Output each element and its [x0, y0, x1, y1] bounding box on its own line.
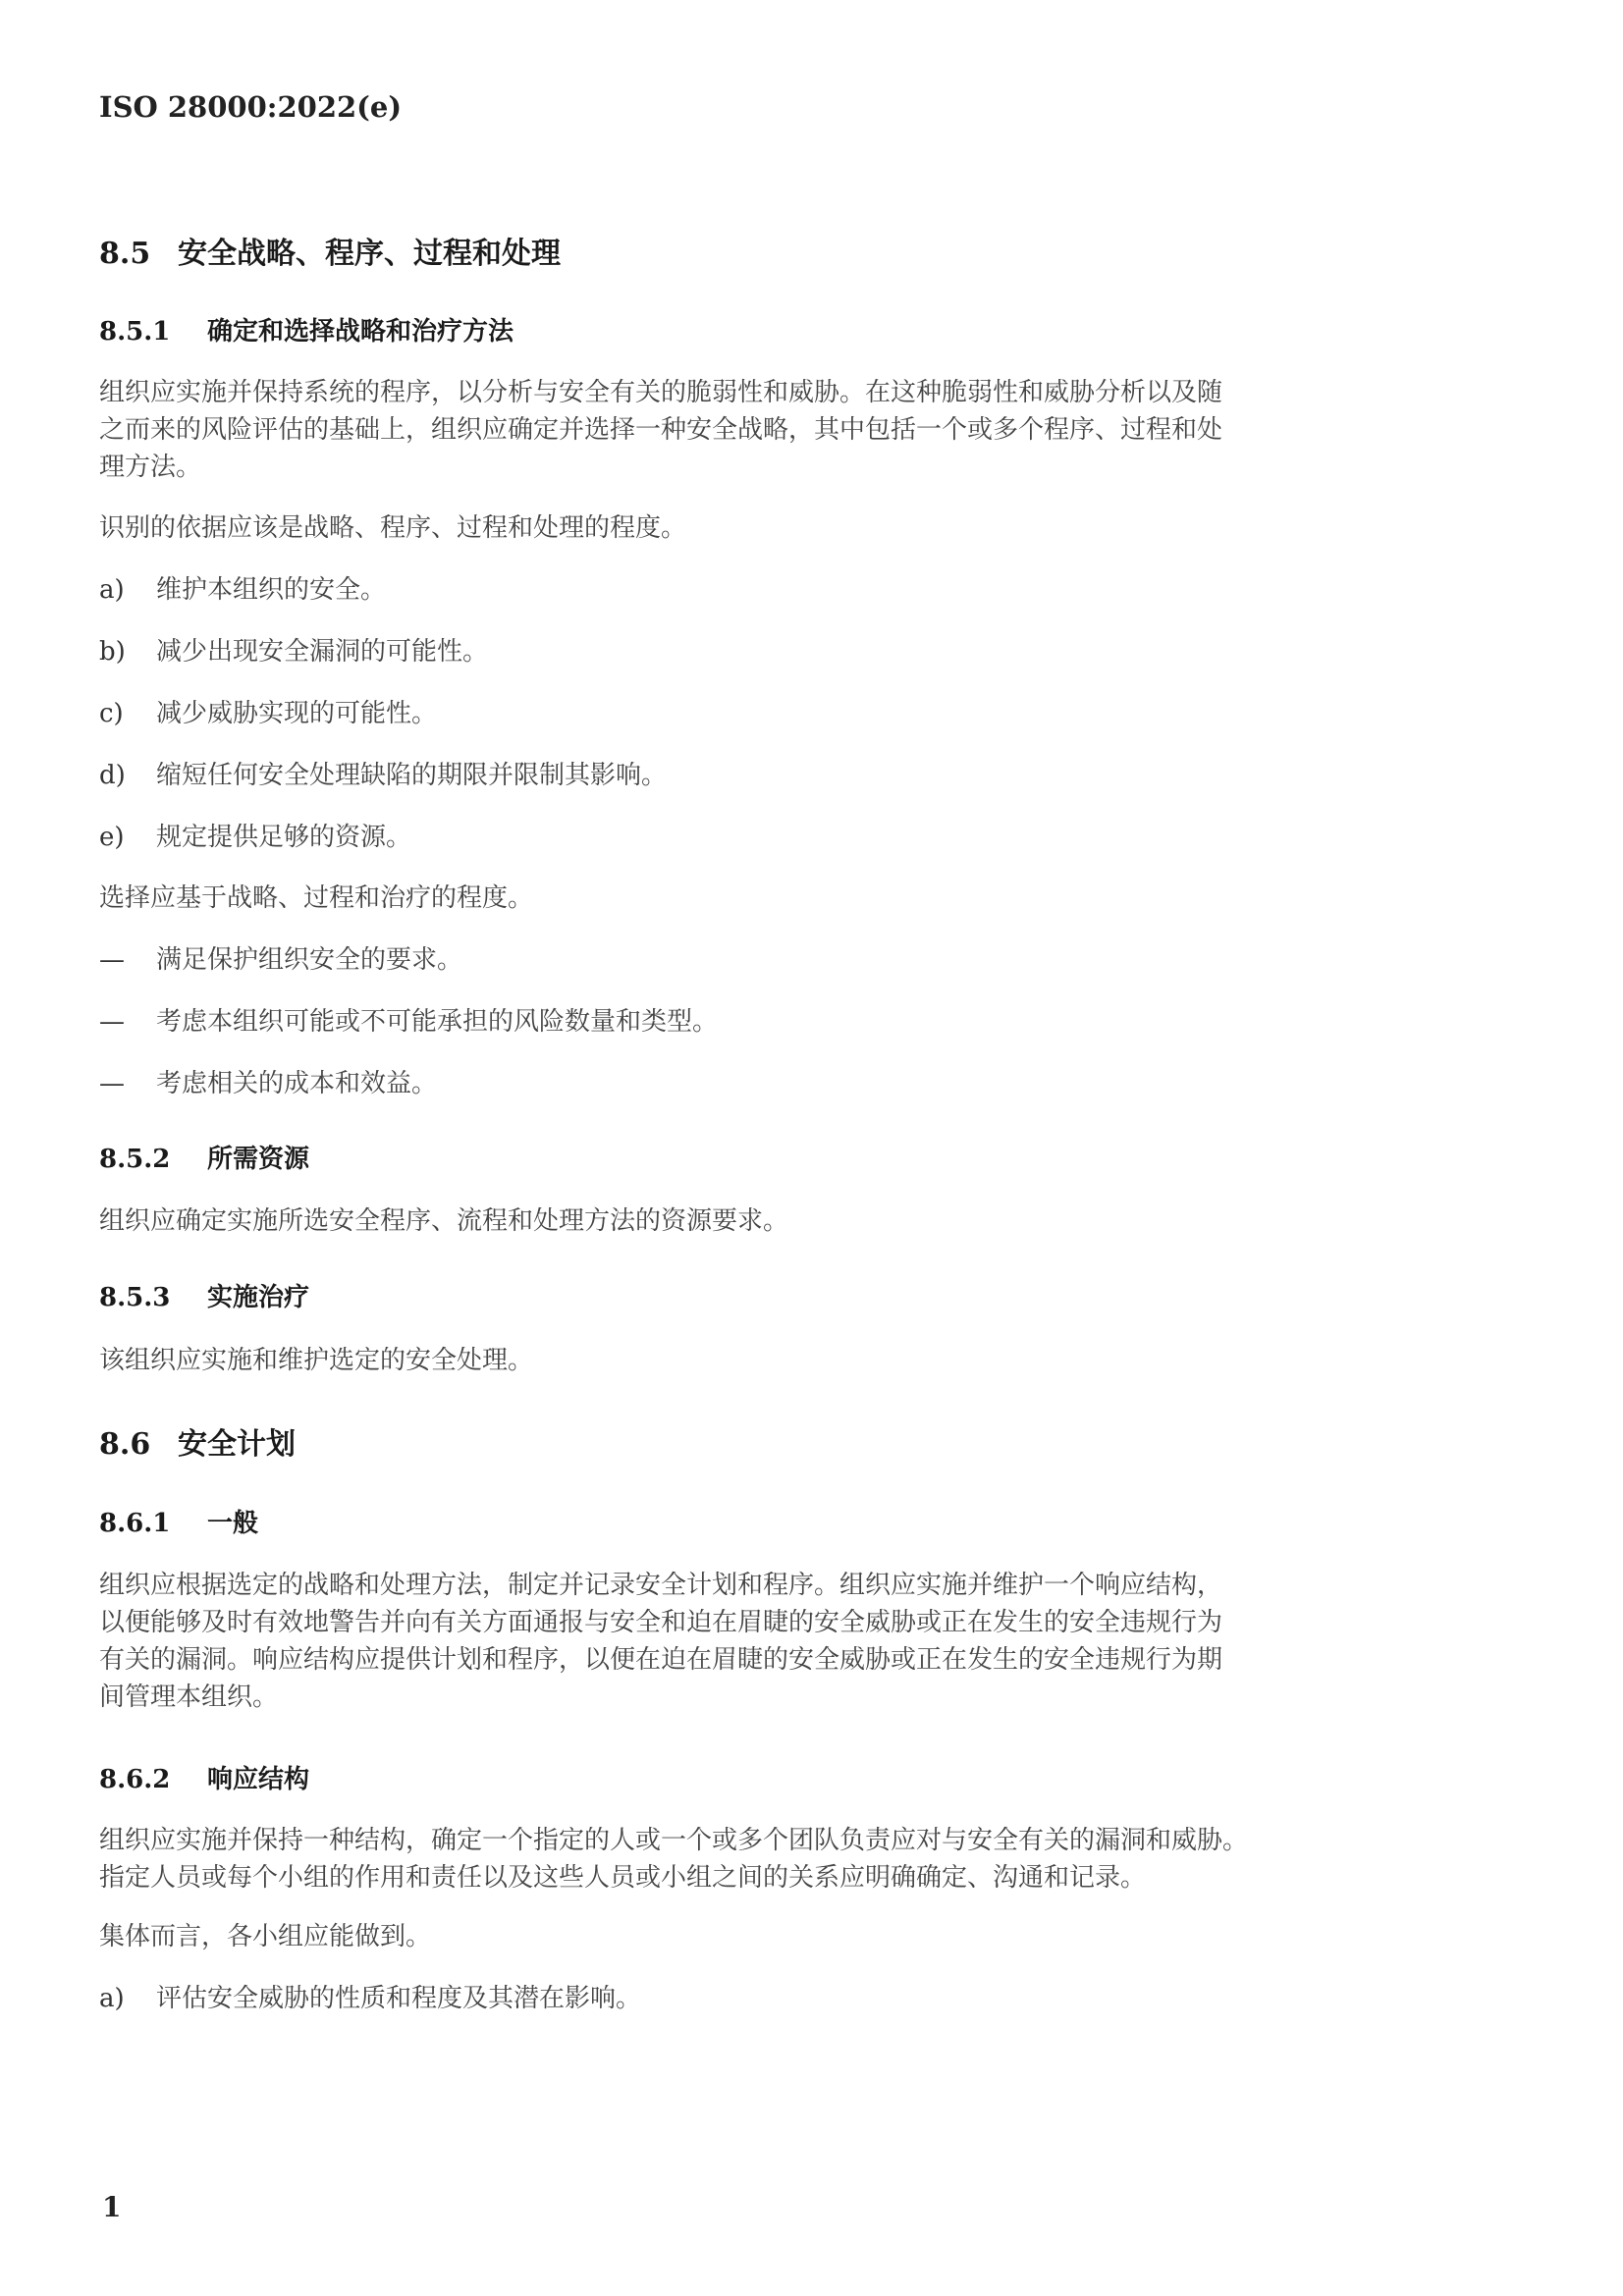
paragraph: 该组织应实施和维护选定的安全处理。	[99, 1342, 1474, 1379]
list-item: e)规定提供足够的资源。	[99, 819, 1474, 856]
document-page: ISO 28000:2022(e) 8.5安全战略、程序、过程和处理 8.5.1…	[0, 0, 1623, 2296]
page-number: 1	[102, 2191, 121, 2223]
list-text: 规定提供足够的资源。	[156, 823, 411, 852]
list-text: 减少出现安全漏洞的可能性。	[156, 637, 488, 667]
list-text: 减少威胁实现的可能性。	[156, 699, 437, 728]
section-number: 8.5.2	[99, 1145, 207, 1174]
list-marker: d)	[99, 757, 156, 794]
paragraph-line: 间管理本组织。	[99, 1679, 1474, 1716]
list-text: 维护本组织的安全。	[156, 575, 386, 605]
paragraph: 组织应确定实施所选安全程序、流程和处理方法的资源要求。	[99, 1202, 1474, 1240]
paragraph-line: 之而来的风险评估的基础上，组织应确定并选择一种安全战略，其中包括一个或多个程序、…	[99, 411, 1474, 449]
section-heading-8-5-1: 8.5.1确定和选择战略和治疗方法	[99, 311, 514, 347]
paragraph-line: 有关的漏洞。响应结构应提供计划和程序，以便在迫在眉睫的安全威胁或正在发生的安全违…	[99, 1641, 1474, 1679]
section-number: 8.6	[99, 1427, 178, 1462]
paragraph-line: 组织应实施并保持系统的程序，以分析与安全有关的脆弱性和威胁。在这种脆弱性和威胁分…	[99, 374, 1474, 411]
list-item: b)减少出现安全漏洞的可能性。	[99, 633, 1474, 670]
paragraph: 组织应实施并保持一种结构，确定一个指定的人或一个或多个团队负责应对与安全有关的漏…	[99, 1822, 1474, 1896]
list-text: 满足保护组织安全的要求。	[156, 945, 462, 975]
list-item: d)缩短任何安全处理缺陷的期限并限制其影响。	[99, 757, 1474, 794]
list-marker: a)	[99, 571, 156, 609]
paragraph-line: 理方法。	[99, 449, 1474, 486]
list-marker: c)	[99, 695, 156, 732]
section-heading-8-5-3: 8.5.3实施治疗	[99, 1277, 309, 1313]
section-number: 8.5	[99, 237, 178, 271]
section-title: 所需资源	[207, 1145, 309, 1174]
section-title: 确定和选择战略和治疗方法	[207, 317, 514, 347]
paragraph-line: 组织应实施并保持一种结构，确定一个指定的人或一个或多个团队负责应对与安全有关的漏…	[99, 1822, 1474, 1859]
dash-list-item: —考虑相关的成本和效益。	[99, 1065, 1474, 1102]
section-heading-8-6: 8.6安全计划	[99, 1419, 296, 1463]
section-heading-8-6-2: 8.6.2响应结构	[99, 1759, 309, 1795]
paragraph: 识别的依据应该是战略、程序、过程和处理的程度。	[99, 509, 1474, 547]
dash-list-item: —满足保护组织安全的要求。	[99, 941, 1474, 979]
section-title: 安全战略、程序、过程和处理	[178, 237, 561, 271]
paragraph: 组织应根据选定的战略和处理方法，制定并记录安全计划和程序。组织应实施并维护一个响…	[99, 1567, 1474, 1716]
list-marker: b)	[99, 633, 156, 670]
section-number: 8.5.3	[99, 1283, 207, 1312]
dash-marker: —	[99, 941, 156, 979]
paragraph-line: 以便能够及时有效地警告并向有关方面通报与安全和迫在眉睫的安全威胁或正在发生的安全…	[99, 1604, 1474, 1641]
list-item: c)减少威胁实现的可能性。	[99, 695, 1474, 732]
section-heading-8-5-2: 8.5.2所需资源	[99, 1139, 309, 1175]
section-heading-8-5: 8.5安全战略、程序、过程和处理	[99, 229, 561, 272]
section-number: 8.6.1	[99, 1509, 207, 1538]
list-item: a)评估安全威胁的性质和程度及其潜在影响。	[99, 1980, 1474, 2017]
section-title: 响应结构	[207, 1765, 309, 1794]
section-title: 安全计划	[178, 1427, 296, 1462]
dash-marker: —	[99, 1003, 156, 1041]
document-header: ISO 28000:2022(e)	[99, 90, 402, 124]
list-marker: a)	[99, 1980, 156, 2017]
paragraph: 组织应实施并保持系统的程序，以分析与安全有关的脆弱性和威胁。在这种脆弱性和威胁分…	[99, 374, 1474, 486]
section-heading-8-6-1: 8.6.1一般	[99, 1503, 258, 1539]
section-number: 8.6.2	[99, 1765, 207, 1794]
list-text: 考虑本组织可能或不可能承担的风险数量和类型。	[156, 1007, 718, 1037]
paragraph-line: 指定人员或每个小组的作用和责任以及这些人员或小组之间的关系应明确确定、沟通和记录…	[99, 1859, 1474, 1896]
section-title: 实施治疗	[207, 1283, 309, 1312]
section-number: 8.5.1	[99, 317, 207, 347]
list-marker: e)	[99, 819, 156, 856]
list-text: 考虑相关的成本和效益。	[156, 1069, 437, 1098]
list-text: 缩短任何安全处理缺陷的期限并限制其影响。	[156, 761, 667, 790]
dash-list-item: —考虑本组织可能或不可能承担的风险数量和类型。	[99, 1003, 1474, 1041]
section-title: 一般	[207, 1509, 258, 1538]
paragraph: 选择应基于战略、过程和治疗的程度。	[99, 880, 1474, 917]
list-text: 评估安全威胁的性质和程度及其潜在影响。	[156, 1984, 641, 2013]
paragraph: 集体而言，各小组应能做到。	[99, 1918, 1474, 1955]
dash-marker: —	[99, 1065, 156, 1102]
list-item: a)维护本组织的安全。	[99, 571, 1474, 609]
paragraph-line: 组织应根据选定的战略和处理方法，制定并记录安全计划和程序。组织应实施并维护一个响…	[99, 1567, 1474, 1604]
